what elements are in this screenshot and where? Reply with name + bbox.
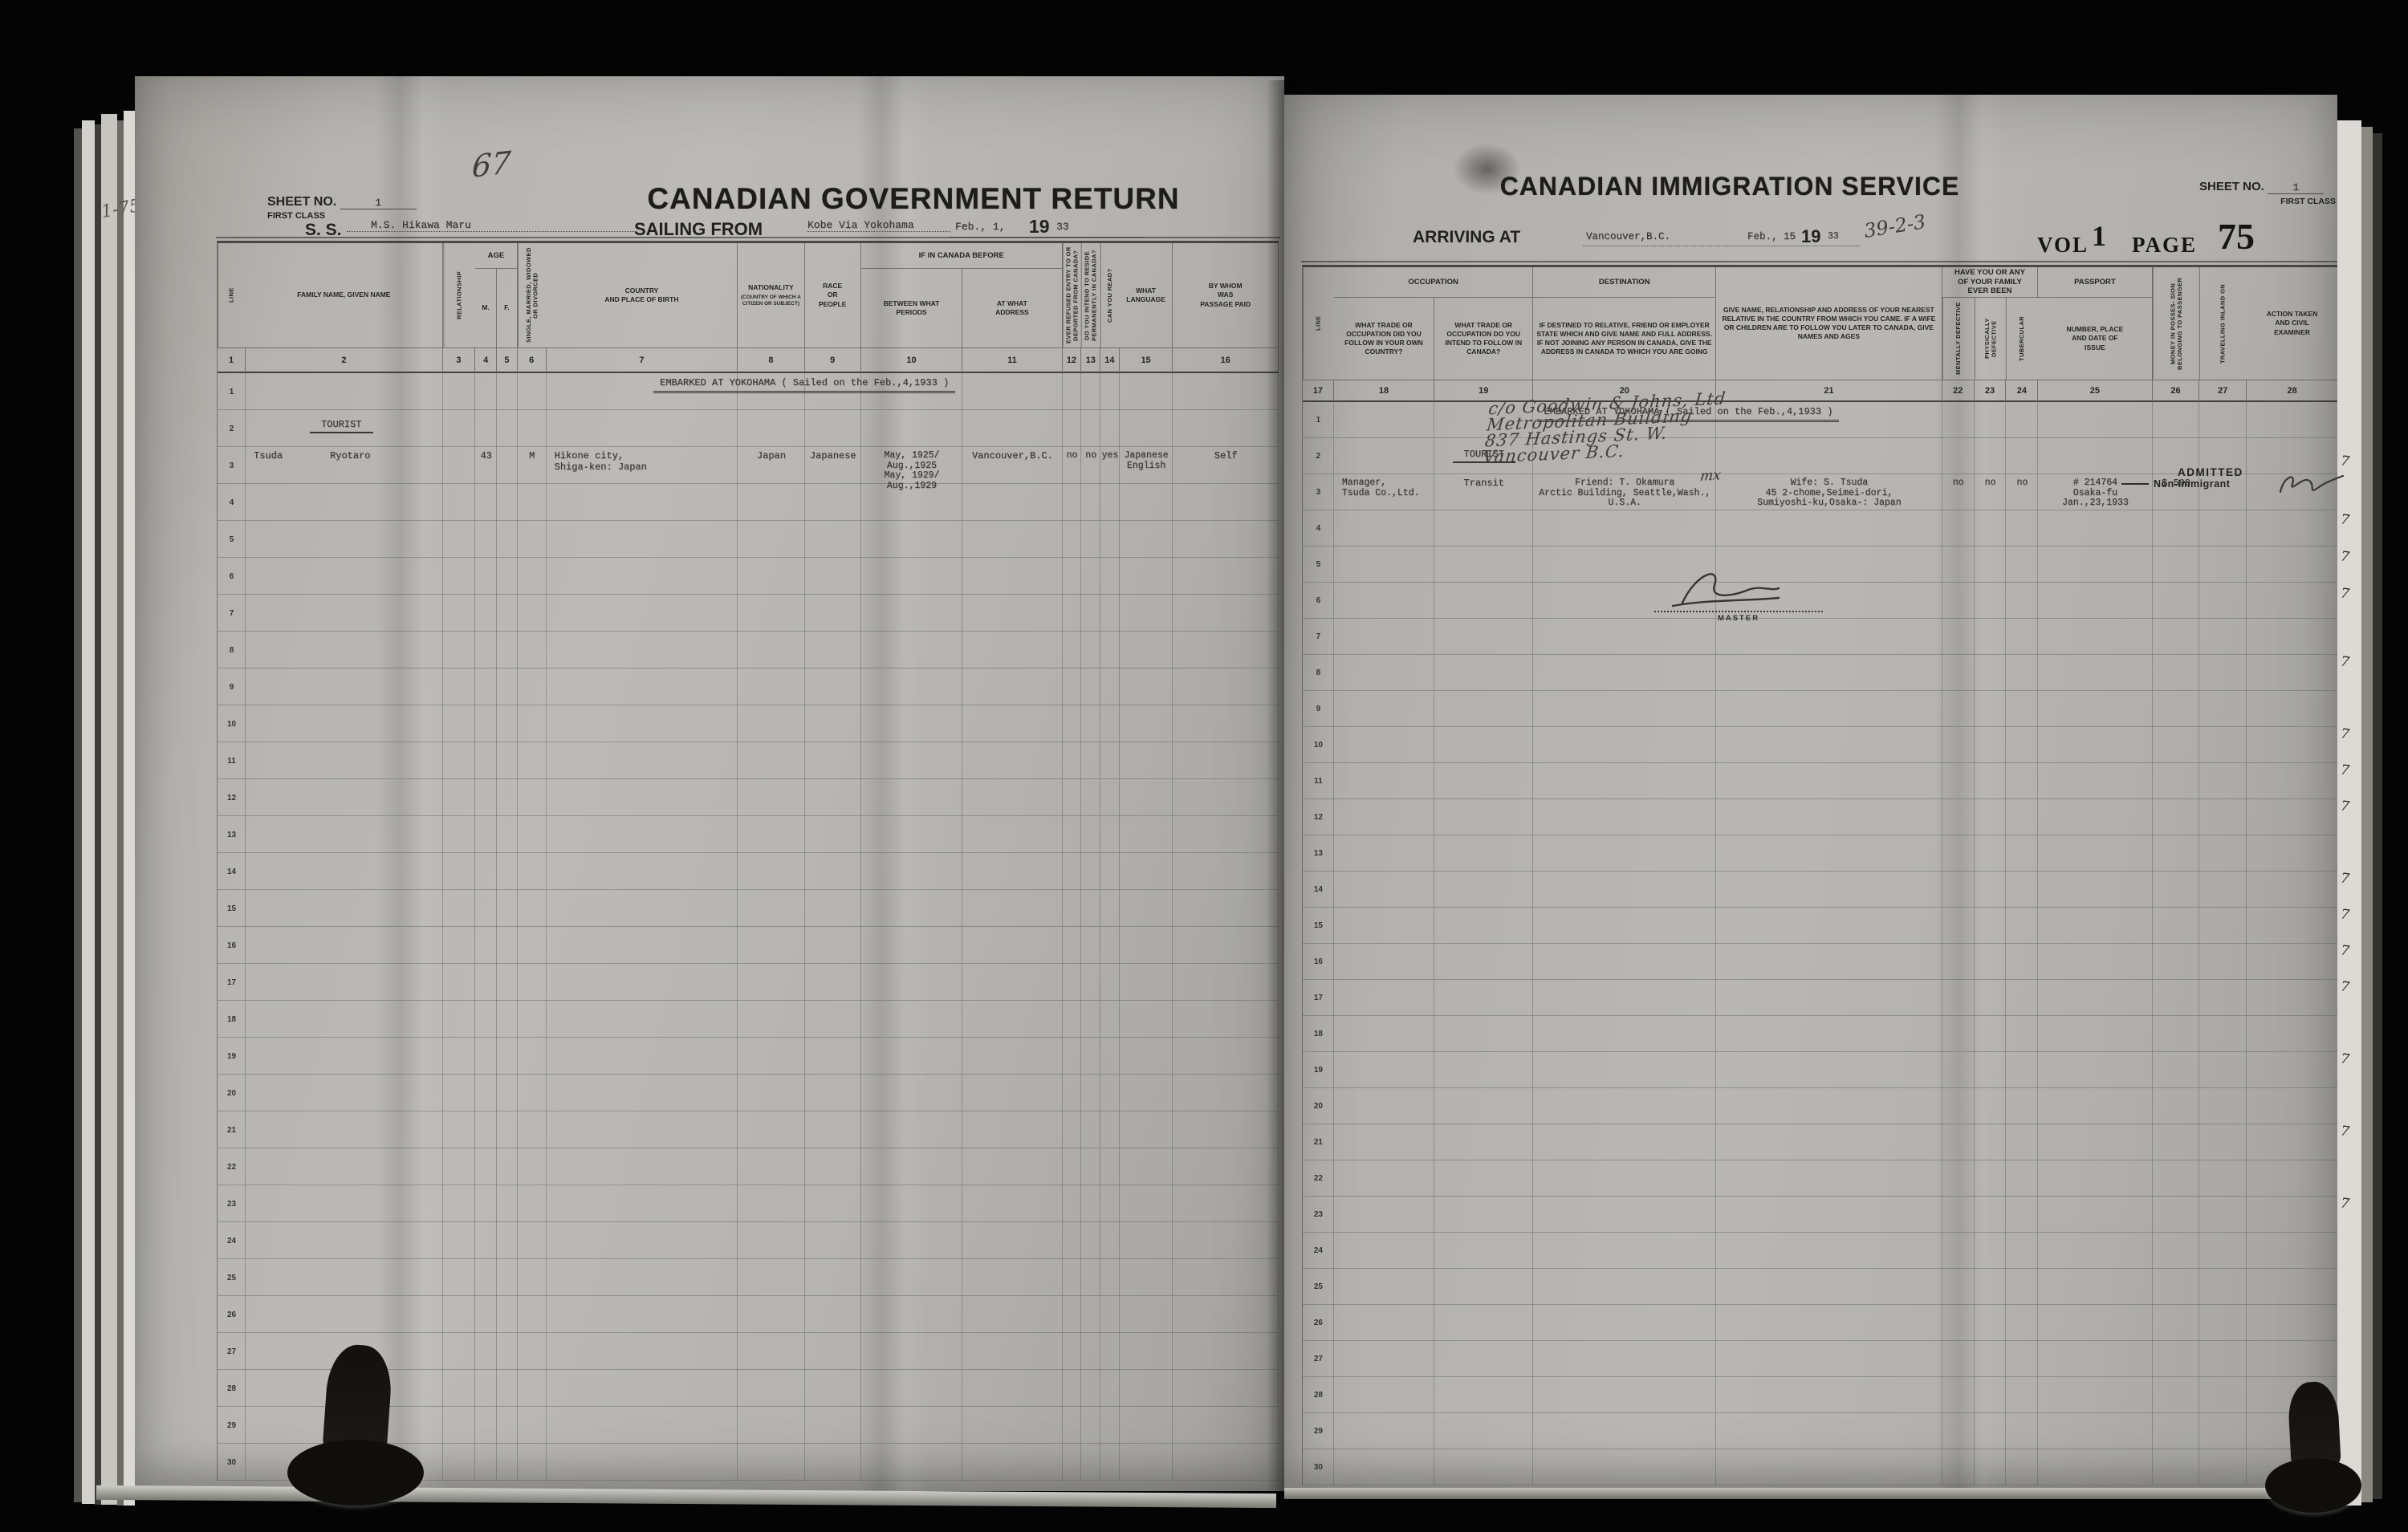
cell-destination: Friend: T. OkamuraArctic Building, Seatt… [1533, 474, 1716, 510]
cell-mentally-defective: no [1942, 474, 1975, 510]
column-number-25: 25 [2038, 380, 2152, 402]
line-number: 3 [1303, 474, 1334, 510]
column-number-18: 18 [1334, 380, 1434, 402]
line-number: 20 [218, 1075, 246, 1111]
column-header-24: TUBERCULAR [2006, 298, 2038, 380]
column-group-header: OCCUPATION [1334, 267, 1534, 298]
line-number: 16 [1303, 944, 1334, 980]
column-number-8: 8 [738, 347, 804, 373]
row-rule [218, 816, 1279, 853]
line-number: 1 [218, 373, 246, 410]
line-number: 12 [218, 779, 246, 816]
line-number: 10 [218, 705, 246, 742]
column-number-23: 23 [1975, 380, 2007, 402]
row-rule [218, 890, 1279, 927]
row-rule [218, 779, 1279, 816]
column-number-16: 16 [1173, 347, 1279, 373]
column-number-6: 6 [518, 347, 547, 373]
line-number: 18 [1303, 1016, 1334, 1052]
column-header-22: MENTALLY DEFECTIVE [1942, 298, 1975, 380]
page-number: 75 [2218, 216, 2255, 257]
cell-passage-paid-by: Self [1173, 447, 1279, 484]
column-number-13: 13 [1081, 347, 1100, 373]
embarked-note-text: EMBARKED AT YOKOHAMA ( Sailed on the Feb… [653, 378, 955, 393]
line-number: 11 [218, 742, 246, 779]
row-rule [1303, 1197, 2338, 1233]
row-rule [218, 484, 1279, 521]
row-rule [218, 1075, 1279, 1111]
row-rule [218, 853, 1279, 890]
arriving-field: Vancouver,B.C. Feb., 15 19 33 [1583, 221, 1860, 246]
cell-family-given: TsudaRyotaro [246, 447, 443, 484]
row-rule [1303, 1124, 2338, 1160]
sheet-no-label: SHEET NO. [267, 195, 336, 209]
row-rule [1303, 510, 2338, 547]
line-number: 28 [1303, 1377, 1334, 1413]
row-rule [218, 668, 1279, 705]
column-number-2: 2 [246, 347, 443, 373]
row-rule [1303, 1269, 2338, 1305]
date-year: 33 [1828, 231, 1839, 242]
column-header-27: TRAVELLING INLAND ON [2199, 267, 2247, 380]
row-rule [218, 705, 1279, 742]
sheet-no-block: SHEET NO. 1 FIRST CLASS [2199, 180, 2336, 206]
thumb-base [2265, 1458, 2361, 1513]
line-number: 3 [218, 447, 246, 484]
master-label: MASTER [1654, 614, 1823, 623]
thumb-stem [2287, 1380, 2341, 1467]
row-rule [218, 1001, 1279, 1038]
admitted-stamp: ADMITTEDNon-Immigrant [2155, 466, 2348, 490]
line-number: 6 [218, 558, 246, 595]
row-rule [1303, 1305, 2338, 1341]
left-page: SHEET NO. 1 FIRST CLASS 67 CANADIAN GOVE… [135, 76, 1284, 1491]
text-line: Japanese [1120, 451, 1173, 461]
cell-nationality: Japan [738, 447, 804, 484]
row-rule [1303, 691, 2338, 727]
column-header-25: NUMBER, PLACE AND DATE OF ISSUE [2038, 298, 2152, 380]
right-manifest-table: OCCUPATIONDESTINATIONHAVE YOU OR ANY OF … [1302, 265, 2338, 1485]
column-number-5: 5 [497, 347, 517, 373]
column-header-2: FAMILY NAME, GIVEN NAME [246, 243, 443, 347]
column-header-16: BY WHOM WAS PASSAGE PAID [1173, 243, 1279, 347]
line-number: 11 [1303, 763, 1334, 799]
page-edge-strip [117, 120, 124, 1506]
column-number-4: 4 [475, 347, 497, 373]
page-edge-strip [2373, 133, 2382, 1499]
column-header-26: MONEY IN POSSES- SION BELONGING TO PASSE… [2153, 267, 2200, 380]
text-line: Manager, [1342, 478, 1434, 489]
cell-occupation-own-country: Manager,Tsuda Co.,Ltd. [1334, 474, 1434, 510]
given-name: Ryotaro [330, 451, 370, 462]
row-rule [1303, 1160, 2338, 1197]
column-number-27: 27 [2199, 380, 2247, 402]
cell-canada-periods: May, 1925/Aug.,1925May, 1929/Aug.,1929 [861, 447, 962, 484]
row-rule [1303, 1052, 2338, 1088]
line-number: 24 [1303, 1233, 1334, 1269]
cell-marital-status: M [518, 447, 547, 484]
column-header-4: M. [475, 269, 497, 347]
cell-nearest-relative: Wife: S. Tsuda45 2-chome,Seimei-dori,Sum… [1716, 474, 1942, 510]
row-rule [218, 632, 1279, 668]
handwritten-destination: c/o Goodwin & Johns, LtdMetropolitan Bui… [1483, 390, 1727, 465]
sheet-no-value: 1 [2268, 181, 2324, 194]
page-edge-strip [74, 128, 82, 1502]
line-number: 13 [1303, 835, 1334, 872]
line-number: 25 [218, 1259, 246, 1296]
line-number: 27 [218, 1333, 246, 1370]
line-number: 5 [1303, 547, 1334, 583]
line-number: 29 [1303, 1413, 1334, 1449]
date-printed-19: 19 [1801, 226, 1820, 247]
column-header-20: IF DESTINED TO RELATIVE, FRIEND OR EMPLO… [1533, 298, 1716, 380]
column-number-7: 7 [547, 347, 738, 373]
line-number: 28 [218, 1370, 246, 1407]
column-header-21: GIVE NAME, RELATIONSHIP AND ADDRESS OF Y… [1716, 267, 1942, 380]
line-number: 27 [1303, 1341, 1334, 1377]
row-rule [218, 1148, 1279, 1185]
text-line: May, 1925/ [861, 451, 962, 461]
column-group-header: AGE [475, 243, 518, 269]
master-signature [1654, 564, 1823, 611]
line-number: 24 [218, 1222, 246, 1259]
row-rule [1303, 1341, 2338, 1377]
line-number: 29 [218, 1407, 246, 1444]
class-label: FIRST CLASS [2199, 197, 2336, 206]
column-number-11: 11 [962, 347, 1063, 373]
text-line: May, 1929/ [861, 471, 962, 482]
right-thumb [2265, 1382, 2361, 1518]
text-line: Hikone city, [555, 451, 738, 462]
row-rule [1303, 1413, 2338, 1449]
row-rule [1303, 872, 2338, 908]
cell-race: Japanese [805, 447, 861, 484]
date-typed: Feb., 1, [955, 221, 1005, 233]
ss-line: S. S. M.S. Hikawa Maru SAILING FROM Kobe… [135, 213, 1284, 240]
column-number-28: 28 [2247, 380, 2338, 402]
column-header-15: WHAT LANGUAGE [1120, 243, 1173, 347]
column-header-23: PHYSICALLY DEFECTIVE [1975, 298, 2007, 380]
ship-name-field: M.S. Hikawa Maru [347, 219, 636, 232]
sailing-date-field: Feb., 1, 19 33 [950, 213, 1143, 238]
text-line: Aug.,1929 [861, 482, 962, 492]
line-number: 1 [1303, 402, 1334, 438]
column-header-6: SINGLE, MARRIED, WIDOWED OR DIVORCED [518, 243, 547, 347]
row-rule [1303, 1016, 2338, 1052]
text-line: English [1120, 461, 1173, 472]
column-header-7: COUNTRY AND PLACE OF BIRTH [547, 243, 738, 347]
line-number: 19 [218, 1038, 246, 1075]
row-rule [1303, 1449, 2338, 1485]
page-edge-strip [2361, 127, 2373, 1502]
page-edge-strip [101, 114, 117, 1505]
line-number: 21 [218, 1111, 246, 1148]
cell-physically-defective: no [1975, 474, 2007, 510]
column-header-17: LINE [1303, 267, 1334, 380]
left-thumb [287, 1345, 424, 1514]
row-rule [1303, 799, 2338, 835]
column-header-13: DO YOU INTEND TO RESIDE PERMANENTLY IN C… [1081, 243, 1100, 347]
line-number: 7 [1303, 619, 1334, 655]
page-edge-strip [95, 124, 101, 1505]
column-header-3: RELATIONSHIP [443, 243, 475, 347]
column-header-8: NATIONALITY(COUNTRY OF WHICH A CITIZEN O… [738, 243, 804, 347]
right-page: CANADIAN IMMIGRATION SERVICE SHEET NO. 1… [1284, 95, 2337, 1493]
page-title: CANADIAN IMMIGRATION SERVICE [1469, 172, 1991, 201]
tourist-note-text: TOURIST [310, 420, 372, 433]
arriving-at-label: ARRIVING AT [1413, 228, 1520, 247]
column-number-15: 15 [1120, 347, 1173, 373]
line-number: 26 [218, 1296, 246, 1333]
line-number: 25 [1303, 1269, 1334, 1305]
cell-occupation-canada: Transit [1434, 474, 1533, 510]
column-number-1: 1 [218, 347, 246, 373]
text-line: Friend: T. Okamura [1533, 478, 1716, 489]
line-number: 20 [1303, 1088, 1334, 1124]
text-line: Tsuda Co.,Ltd. [1342, 489, 1434, 499]
row-rule [218, 1111, 1279, 1148]
line-number: 5 [218, 521, 246, 558]
row-rule [1303, 835, 2338, 872]
stamp-dash [2121, 483, 2149, 485]
row-rule [1303, 727, 2338, 763]
column-header-10: BETWEEN WHAT PERIODS [861, 269, 962, 347]
line-number: 16 [218, 927, 246, 964]
column-number-21: 21 [1716, 380, 1942, 402]
row-rule [218, 595, 1279, 632]
examiner-signature [2276, 468, 2348, 507]
text-line: Shiga-ken: Japan [555, 462, 738, 473]
row-rule [1303, 980, 2338, 1016]
text-line: U.S.A. [1533, 498, 1716, 509]
column-header-28: ACTION TAKEN AND CIVIL EXAMINER [2247, 267, 2338, 380]
row-rule [1303, 763, 2338, 799]
row-rule [218, 927, 1279, 964]
column-group-header: DESTINATION [1533, 267, 1716, 298]
line-number: 22 [1303, 1160, 1334, 1197]
row-rule [1303, 1377, 2338, 1413]
row-rule [1303, 1088, 2338, 1124]
text-line: Wife: S. Tsuda [1716, 478, 1942, 489]
column-number-14: 14 [1100, 347, 1120, 373]
line-number: 26 [1303, 1305, 1334, 1341]
column-header-subtext: (COUNTRY OF WHICH A CITIZEN OR SUBJECT) [739, 295, 802, 307]
line-number: 30 [218, 1444, 246, 1481]
row-rule [218, 558, 1279, 595]
column-number-9: 9 [805, 347, 861, 373]
column-header-1: LINE [218, 243, 246, 347]
line-number: 22 [218, 1148, 246, 1185]
column-number-17: 17 [1303, 380, 1334, 402]
arriving-port: Vancouver,B.C. [1586, 231, 1670, 242]
column-number-10: 10 [861, 347, 962, 373]
vol-label: VOL [2037, 233, 2089, 257]
line-number: 23 [1303, 1197, 1334, 1233]
pencil-file-note: 39-2-3 [1862, 210, 1927, 242]
column-header-14: CAN YOU READ? [1100, 243, 1120, 347]
page-label: PAGE [2132, 233, 2197, 257]
row-rule [218, 1222, 1279, 1259]
column-header-18: WHAT TRADE OR OCCUPATION DID YOU FOLLOW … [1334, 298, 1434, 380]
left-manifest-table: AGEIF IN CANADA BEFORELINE1FAMILY NAME, … [217, 241, 1279, 1481]
column-header-11: AT WHAT ADDRESS [962, 269, 1063, 347]
row-rule [218, 742, 1279, 779]
column-header-9: RACE OR PEOPLE [805, 243, 861, 347]
column-group-header: PASSPORT [2038, 267, 2152, 298]
text-line: Sumiyoshi-ku,Osaka-: Japan [1716, 498, 1942, 509]
master-signature-svg [1658, 564, 1819, 611]
cell-age: 43 [475, 447, 497, 484]
date-year: 33 [1056, 221, 1069, 233]
row-rule [218, 1259, 1279, 1296]
row-rule [218, 964, 1279, 1001]
cell-reside-permanently: no [1081, 447, 1100, 484]
page-title: CANADIAN GOVERNMENT RETURN [568, 182, 1259, 216]
date-printed-19: 19 [1029, 216, 1050, 238]
line-number: 21 [1303, 1124, 1334, 1160]
row-rule [218, 1185, 1279, 1222]
line-number: 2 [1303, 438, 1334, 474]
column-number-12: 12 [1063, 347, 1082, 373]
cell-languages: JapaneseEnglish [1120, 447, 1173, 484]
column-header-12: EVER REFUSED ENTRY TO OR DEPORTED FROM C… [1063, 243, 1082, 347]
line-number: 14 [1303, 872, 1334, 908]
line-number: 30 [1303, 1449, 1334, 1485]
column-header-5: F. [497, 269, 517, 347]
line-number: 19 [1303, 1052, 1334, 1088]
arriving-line: ARRIVING AT Vancouver,B.C. Feb., 15 19 3… [1284, 221, 2337, 254]
tourist-note: TOURIST [246, 410, 443, 447]
embarked-note: EMBARKED AT YOKOHAMA ( Sailed on the Feb… [547, 373, 1063, 410]
family-name: Tsuda [254, 451, 330, 462]
line-number: 8 [218, 632, 246, 668]
line-number: 12 [1303, 799, 1334, 835]
line-number: 4 [1303, 510, 1334, 547]
line-number: 7 [218, 595, 246, 632]
column-number-24: 24 [2006, 380, 2038, 402]
line-number: 9 [218, 668, 246, 705]
master-dotted-line [1654, 611, 1823, 612]
row-rule [1303, 1233, 2338, 1269]
scanned-ledger-photograph: 1-75 SHEET NO. 1 FIRST CLASS 67 CANADIAN… [0, 0, 2408, 1532]
line-number: 15 [1303, 908, 1334, 944]
line-number: 14 [218, 853, 246, 890]
cell-birth-place: Hikone city,Shiga-ken: Japan [547, 447, 738, 484]
sailing-port-field: Kobe Via Yokohama [807, 219, 950, 232]
line-number: 2 [218, 410, 246, 447]
line-number: 17 [1303, 980, 1334, 1016]
row-rule [1303, 944, 2338, 980]
line-number: 23 [218, 1185, 246, 1222]
column-group-header: HAVE YOU OR ANY OF YOUR FAMILY EVER BEEN [1942, 267, 2039, 298]
column-number-22: 22 [1942, 380, 1975, 402]
row-rule [1303, 908, 2338, 944]
thumb-base [287, 1440, 424, 1506]
line-number: 4 [218, 484, 246, 521]
line-number: 18 [218, 1001, 246, 1038]
master-signature-block: MASTER [1654, 564, 1823, 623]
sheet-no-label: SHEET NO. [2199, 180, 2264, 193]
column-group-header: IF IN CANADA BEFORE [861, 243, 1063, 269]
page-edge-strip [124, 111, 135, 1506]
line-number: 13 [218, 816, 246, 853]
cell-can-read: yes [1100, 447, 1120, 484]
thumb-stem [322, 1343, 393, 1455]
row-rule [1303, 619, 2338, 655]
line-number: 10 [1303, 727, 1334, 763]
row-rule [218, 1038, 1279, 1075]
admitted-stamp-line2: Non-Immigrant [2154, 478, 2230, 490]
column-number-26: 26 [2153, 380, 2200, 402]
vol-number: 1 [2092, 220, 2106, 252]
line-number: 17 [218, 964, 246, 1001]
cell-passport: # 214764Osaka-fuJan.,23,1933 [2038, 474, 2152, 510]
page-edge-strip [82, 120, 95, 1504]
vol-page-stamp: VOL 1 PAGE 75 [2037, 218, 2326, 261]
page-bottom-edge [1284, 1488, 2337, 1499]
row-rule [218, 521, 1279, 558]
date-typed: Feb., 15 [1747, 231, 1796, 242]
cell-refused-entry: no [1063, 447, 1082, 484]
examiner-signature-svg [2276, 468, 2348, 503]
column-header-19: WHAT TRADE OR OCCUPATION DO YOU INTEND T… [1434, 298, 1533, 380]
line-number: 6 [1303, 583, 1334, 619]
line-number: 9 [1303, 691, 1334, 727]
text-line: Jan.,23,1933 [2038, 498, 2152, 509]
cell-canada-address: Vancouver,B.C. [962, 447, 1063, 484]
sheet-no-value: 1 [340, 197, 417, 209]
row-rule [218, 1296, 1279, 1333]
column-number-3: 3 [443, 347, 475, 373]
row-rule [1303, 655, 2338, 691]
line-number: 8 [1303, 655, 1334, 691]
pencil-sheet-number: 67 [471, 144, 512, 185]
cell-tubercular: no [2006, 474, 2038, 510]
line-number: 15 [218, 890, 246, 927]
